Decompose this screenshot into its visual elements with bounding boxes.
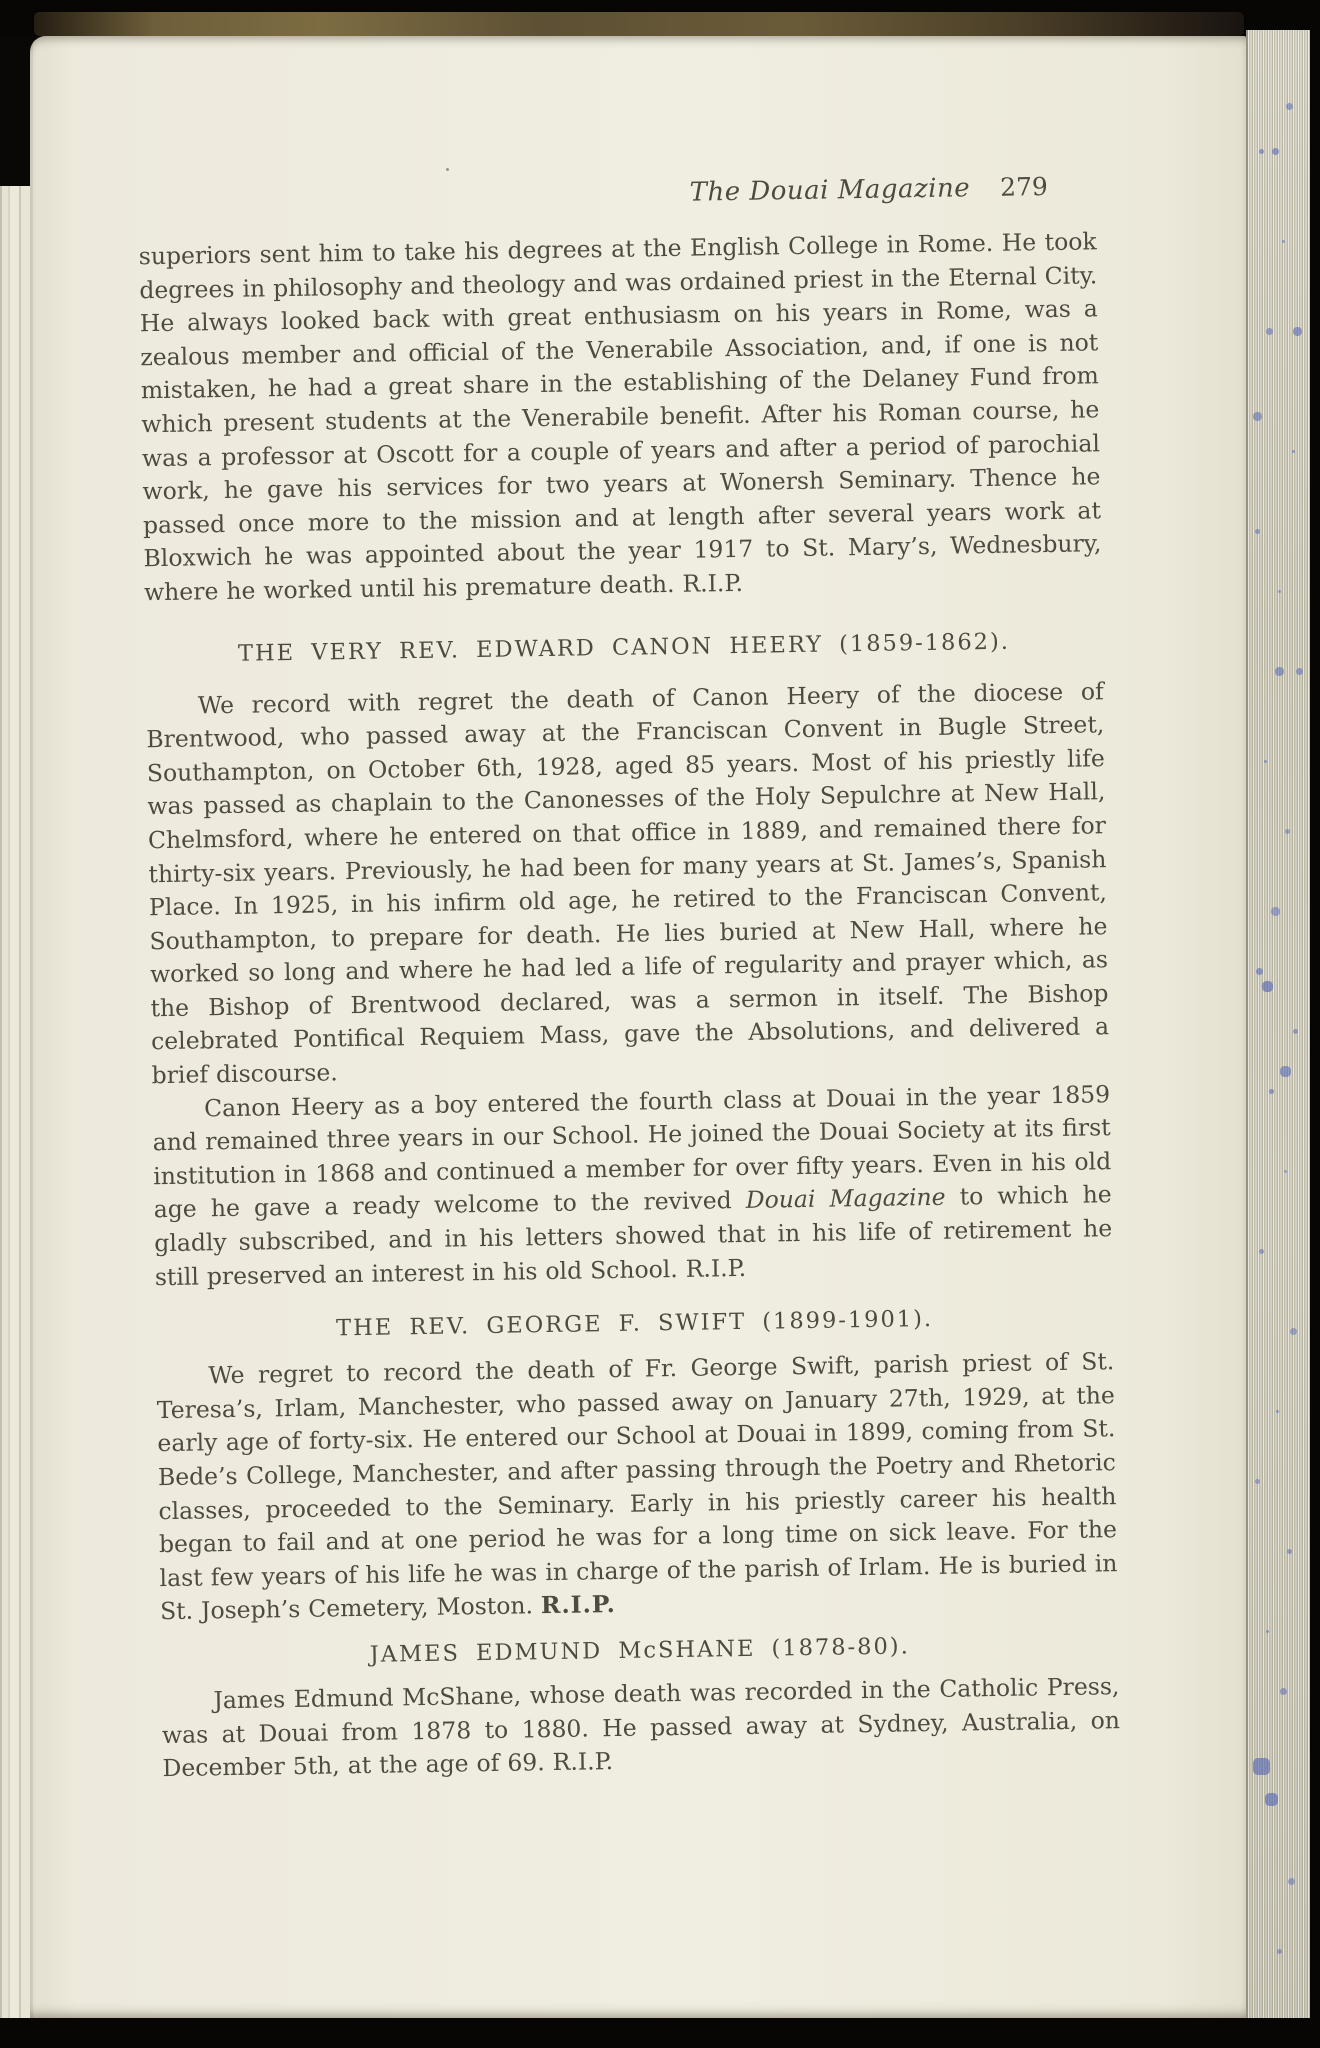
running-head: The Douai Magazine 279	[138, 171, 1096, 224]
continuation-paragraph: superiors sent him to take his degrees a…	[139, 225, 1103, 610]
book-photo: The Douai Magazine 279 superiors sent hi…	[0, 0, 1320, 2048]
swift-paragraph: We regret to record the death of Fr. Geo…	[156, 1345, 1118, 1629]
heery-paragraph-2: Canon Heery as a boy entered the fourth …	[152, 1078, 1113, 1295]
page-number: 279	[1000, 172, 1048, 202]
heading-swift: THE REV. GEORGE F. SWIFT (1899-1901).	[155, 1301, 1113, 1346]
page-left-edges	[0, 36, 30, 2018]
mcshane-paragraph: James Edmund McShane, whose death was re…	[161, 1670, 1120, 1786]
douai-magazine-italic-title: Douai Magazine	[746, 1183, 946, 1214]
swift-rip: R.I.P.	[541, 1590, 616, 1619]
book-page: The Douai Magazine 279 superiors sent hi…	[30, 36, 1246, 2018]
heading-heery: THE VERY REV. EDWARD CANON HEERY (1859-1…	[145, 625, 1103, 670]
heading-mcshane: JAMES EDMUND McSHANE (1878-80).	[161, 1628, 1119, 1673]
heery-paragraph-1: We record with regret the death of Canon…	[146, 675, 1110, 1093]
book-cover-bottom	[0, 2018, 1320, 2048]
ink-speckle-blobs	[1248, 30, 1251, 33]
book-fore-edge	[1246, 30, 1310, 2022]
page-text: The Douai Magazine 279 superiors sent hi…	[138, 171, 1121, 1786]
swift-paragraph-text: We regret to record the death of Fr. Geo…	[157, 1347, 1118, 1625]
running-title: The Douai Magazine	[689, 173, 970, 207]
book-top-edge	[34, 12, 1244, 36]
